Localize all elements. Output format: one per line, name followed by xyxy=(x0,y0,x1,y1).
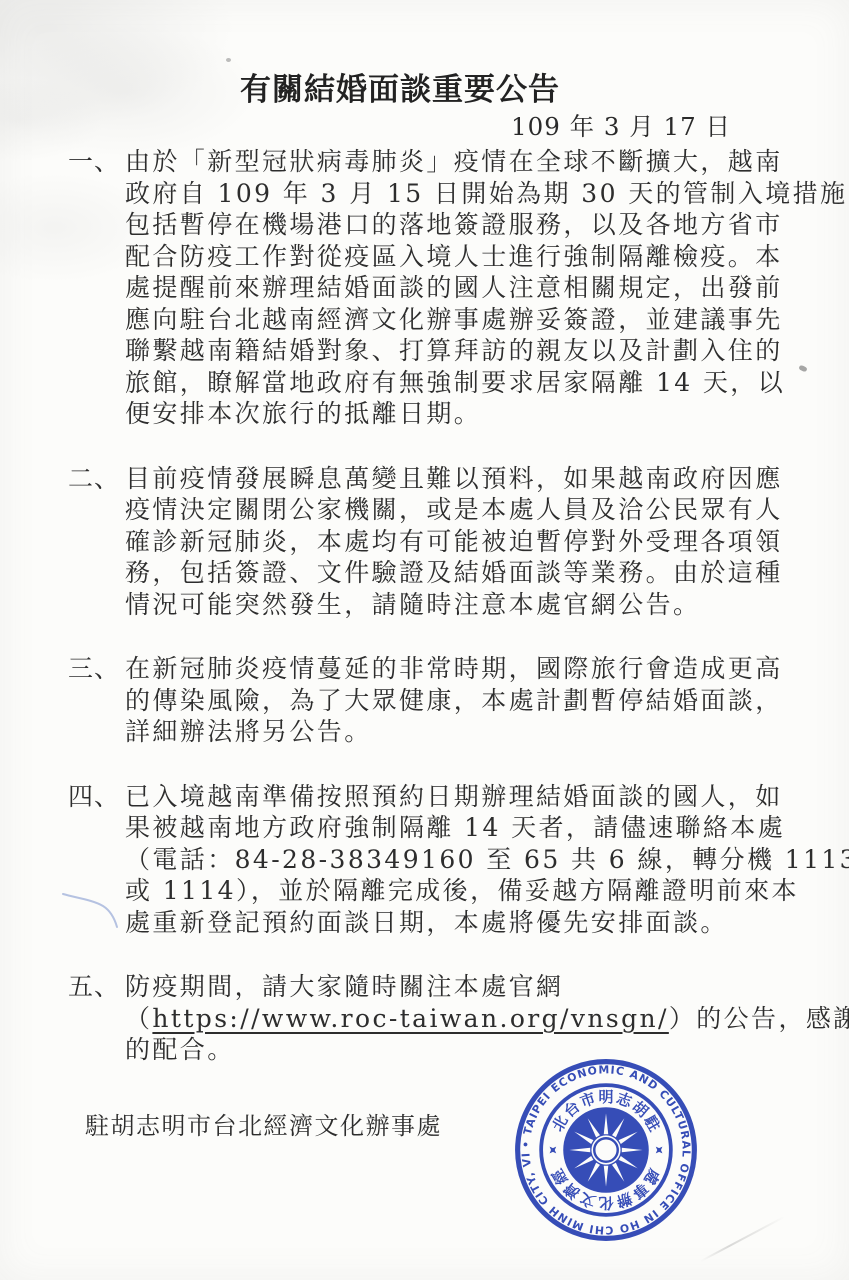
text-line: （https://www.roc-taiwan.org/vnsgn/）的公告，感… xyxy=(125,1003,798,1035)
text-line: 處提醒前來辦理結婚面談的國人注意相關規定，出發前 xyxy=(125,272,798,304)
text-line: 由於「新型冠狀病毒肺炎」疫情在全球不斷擴大，越南 xyxy=(125,146,798,178)
stamp-star-separator xyxy=(546,1143,559,1156)
official-stamp: • TAIPEI ECONOMIC AND CULTURAL OFFICE IN… xyxy=(512,1056,700,1244)
text-line: 旅館，瞭解當地政府有無強制要求居家隔離 14 天，以 xyxy=(125,367,798,399)
text-line: 處重新登記預約面談日期，本處將優先安排面談。 xyxy=(125,907,798,939)
text-line: 情況可能突然發生，請隨時注意本處官網公告。 xyxy=(125,589,798,621)
pen-mark-artifact xyxy=(55,880,135,940)
text-line: 目前疫情發展瞬息萬變且難以預料，如果越南政府因應 xyxy=(125,463,798,495)
document-page: 有關結婚面談重要公告 109 年 3 月 17 日 一、由於「新型冠狀病毒肺炎」… xyxy=(0,0,849,1280)
item-marker: 二、 xyxy=(68,463,125,621)
stamp-character: 化 xyxy=(598,1194,614,1212)
announcement-item-4: 四、已入境越南準備按照預約日期辦理結婚面談的國人，如果被越南地方政府強制隔離 1… xyxy=(68,781,798,939)
document-title: 有關結婚面談重要公告 xyxy=(0,64,800,109)
stamp-character: 辦 xyxy=(614,1189,634,1211)
stamp-emblem-sun xyxy=(563,1107,649,1193)
document-date: 109 年 3 月 17 日 xyxy=(0,108,731,143)
item-marker: 三、 xyxy=(68,653,125,748)
announcement-item-1: 一、由於「新型冠狀病毒肺炎」疫情在全球不斷擴大，越南政府自 109 年 3 月 … xyxy=(68,146,798,430)
stamp-star-separator xyxy=(652,1143,665,1156)
announcement-item-3: 三、在新冠肺炎疫情蔓延的非常時期，國際旅行會造成更高的傳染風險，為了大眾健康，本… xyxy=(68,653,798,748)
scan-speck xyxy=(226,58,231,62)
text-line: 防疫期間，請大家隨時關注本處官網 xyxy=(125,971,798,1003)
text-line: 詳細辦法將另公告。 xyxy=(125,716,798,748)
text-line: 政府自 109 年 3 月 15 日開始為期 30 天的管制入境措施， xyxy=(125,178,798,210)
scan-scratch xyxy=(700,1216,785,1262)
announcement-item-5: 五、防疫期間，請大家隨時關注本處官網（https://www.roc-taiwa… xyxy=(68,971,798,1066)
text-line: 或 1114），並於隔離完成後，備妥越方隔離證明前來本 xyxy=(125,875,798,907)
text-line: 聯繫越南籍結婚對象、打算拜訪的親友以及計劃入住的 xyxy=(125,335,798,367)
scan-speck xyxy=(798,365,807,373)
stamp-seal-graphic: • TAIPEI ECONOMIC AND CULTURAL OFFICE IN… xyxy=(512,1056,700,1244)
item-text: 目前疫情發展瞬息萬變且難以預料，如果越南政府因應疫情決定關閉公家機關，或是本處人… xyxy=(125,463,798,621)
text-line: 包括暫停在機場港口的落地簽證服務，以及各地方省市 xyxy=(125,209,798,241)
stamp-character: 市 xyxy=(578,1089,598,1111)
text-line: （電話：84-28-38349160 至 65 共 6 線，轉分機 1113 xyxy=(125,844,798,876)
website-link: https://www.roc-taiwan.org/vnsgn/ xyxy=(152,1004,668,1033)
item-text: 已入境越南準備按照預約日期辦理結婚面談的國人，如果被越南地方政府強制隔離 14 … xyxy=(125,781,798,939)
stamp-character: 明 xyxy=(598,1088,613,1106)
item-text: 防疫期間，請大家隨時關注本處官網（https://www.roc-taiwan.… xyxy=(125,971,798,1066)
text-line: 在新冠肺炎疫情蔓延的非常時期，國際旅行會造成更高 xyxy=(125,653,798,685)
text-line: 應向駐台北越南經濟文化辦事處辦妥簽證，並建議事先 xyxy=(125,304,798,336)
text-line: 確診新冠肺炎，本處均有可能被迫暫停對外受理各項領 xyxy=(125,526,798,558)
text-line: 便安排本次旅行的抵離日期。 xyxy=(125,398,798,430)
text-line: 果被越南地方政府強制隔離 14 天者，請儘速聯絡本處 xyxy=(125,812,798,844)
signature-office: 駐胡志明市台北經濟文化辦事處 xyxy=(85,1106,442,1141)
text-line: 配合防疫工作對從疫區入境人士進行強制隔離檢疫。本 xyxy=(125,241,798,273)
sun-core-ring xyxy=(594,1138,618,1162)
text-line: 的傳染風險，為了大眾健康，本處計劃暫停結婚面談， xyxy=(125,685,798,717)
text-line: 疫情決定關閉公家機關，或是本處人員及洽公民眾有人 xyxy=(125,494,798,526)
item-text: 在新冠肺炎疫情蔓延的非常時期，國際旅行會造成更高的傳染風險，為了大眾健康，本處計… xyxy=(125,653,798,748)
text-line: 已入境越南準備按照預約日期辦理結婚面談的國人，如 xyxy=(125,781,798,813)
item-marker: 一、 xyxy=(68,146,125,430)
item-text: 由於「新型冠狀病毒肺炎」疫情在全球不斷擴大，越南政府自 109 年 3 月 15… xyxy=(125,146,798,430)
item-marker: 五、 xyxy=(68,971,125,1066)
announcement-body: 一、由於「新型冠狀病毒肺炎」疫情在全球不斷擴大，越南政府自 109 年 3 月 … xyxy=(68,146,798,1099)
announcement-item-2: 二、目前疫情發展瞬息萬變且難以預料，如果越南政府因應疫情決定關閉公家機關，或是本… xyxy=(68,463,798,621)
text-line: 務，包括簽證、文件驗證及結婚面談等業務。由於這種 xyxy=(125,557,798,589)
